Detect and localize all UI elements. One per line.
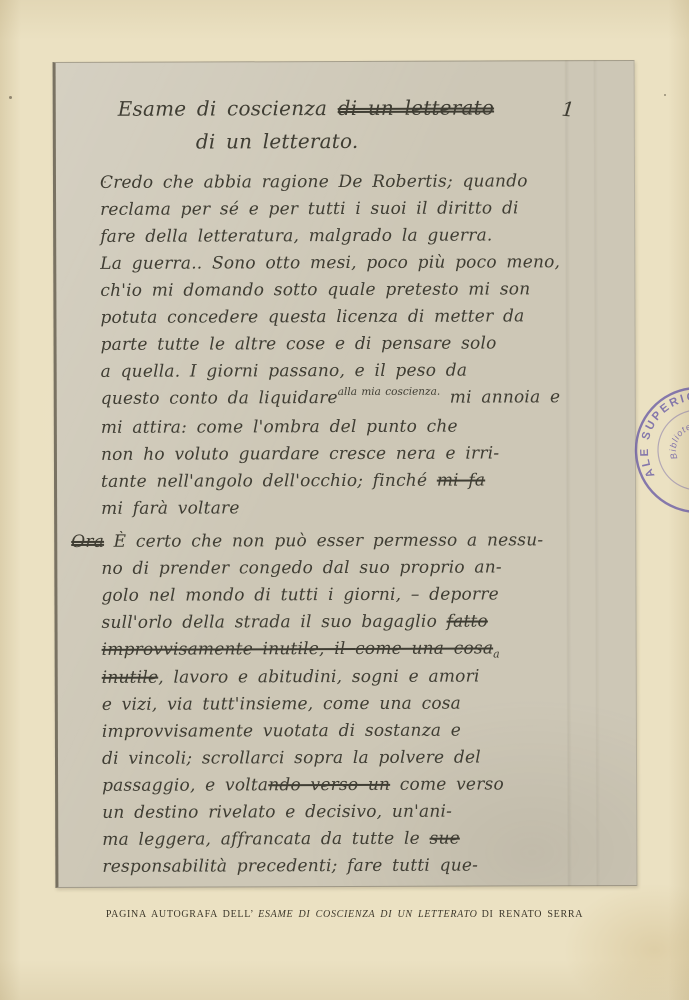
handwriting-text: sull'orlo della strada il suo bagaglio — [101, 612, 446, 633]
caption-work-title: ESAME DI COSCIENZA DI UN LETTERATO — [258, 909, 477, 920]
handwriting-text: e vizi, via tutt'insieme, come una cosa — [102, 694, 461, 715]
handwriting-text: a quella. I giorni passano, e il peso da — [101, 361, 468, 382]
handwriting-text: passaggio, e volta — [102, 775, 268, 796]
handwriting-text: , lavoro e abitudini, sogni e amori — [158, 667, 479, 688]
manuscript-line: un destino rivelato e decisivo, un'ani- — [102, 798, 612, 827]
handwriting-text: reclama per sé e per tutti i suoi il dir… — [100, 198, 519, 219]
caption-prefix: PAGINA AUTOGRAFA DELL’ — [106, 909, 254, 920]
manuscript-line: e vizi, via tutt'insieme, come una cosa — [102, 690, 612, 719]
manuscript-plate: Esame di coscienza di un letteratodi un … — [53, 60, 638, 888]
manuscript-line: mi farà voltare — [101, 494, 611, 523]
struck-text: mi fa — [437, 471, 485, 491]
manuscript-line: responsabilità precedenti; fare tutti qu… — [102, 852, 612, 881]
handwriting-text: di un letterato. — [196, 129, 359, 154]
manuscript-line: improvvisamente inutile, il come una cos… — [102, 635, 612, 665]
manuscript-line: tante nell'angolo dell'occhio; finché mi… — [101, 467, 611, 496]
manuscript-line: potuta concedere questa licenza di mette… — [100, 303, 610, 332]
struck-text: inutile — [102, 668, 159, 688]
manuscript-line: passaggio, e voltando verso un come vers… — [102, 771, 612, 800]
manuscript-line: Ora È certo che non può esser permesso a… — [71, 527, 611, 556]
handwriting-text: questo conto da liquidare — [101, 388, 338, 409]
manuscript-line: fare della letteratura, malgrado la guer… — [100, 222, 610, 251]
manuscript-paragraph: Credo che abbia ragione De Robertis; qua… — [100, 168, 611, 523]
paper-speck — [9, 96, 12, 99]
manuscript-paragraph: Ora È certo che non può esser permesso a… — [101, 527, 612, 881]
handwriting-text: di vincoli; scrollarci sopra la polvere … — [102, 748, 481, 769]
struck-text: come una cosa — [355, 638, 493, 658]
manuscript-line: a quella. I giorni passano, e il peso da — [101, 357, 611, 386]
struck-text: improvvisamente inutile, il — [102, 639, 356, 660]
manuscript-title: Esame di coscienza di un letteratodi un … — [100, 91, 610, 159]
handwriting-text: La guerra.. Sono otto mesi, poco più poc… — [100, 252, 560, 274]
handwriting-text: Credo che abbia ragione De Robertis; qua… — [100, 171, 528, 192]
manuscript-line: reclama per sé e per tutti i suoi il dir… — [100, 195, 610, 224]
handwriting-text: a — [493, 647, 500, 660]
struck-text: ndo verso un — [268, 775, 390, 795]
manuscript-content: Esame di coscienza di un letteratodi un … — [100, 91, 613, 881]
handwriting-text: ma leggera, affrancata da tutte le — [102, 829, 429, 850]
handwriting-text: mi annoia e — [440, 387, 560, 407]
handwriting-text: come verso — [390, 774, 504, 794]
manuscript-line: improvvisamente vuotata di sostanza e — [102, 717, 612, 746]
manuscript-line: La guerra.. Sono otto mesi, poco più poc… — [100, 249, 610, 278]
library-stamp-icon: ALE SUPERIORE Biblioteca — [590, 365, 689, 545]
paper-speck — [104, 181, 106, 183]
manuscript-line: ch'io mi domando sotto quale pretesto mi… — [100, 276, 610, 305]
manuscript-line: ma leggera, affrancata da tutte le sue — [102, 825, 612, 854]
handwriting-text: fare della letteratura, malgrado la guer… — [100, 225, 492, 246]
handwriting-text: improvvisamente vuotata di sostanza e — [102, 721, 461, 742]
handwriting-text: un destino rivelato e decisivo, un'ani- — [102, 802, 452, 823]
handwriting-text: non ho voluto guardare cresce nera e irr… — [101, 443, 499, 464]
caption: PAGINA AUTOGRAFA DELL’ESAME DI COSCIENZA… — [0, 909, 689, 920]
handwriting-text: responsabilità precedenti; fare tutti qu… — [102, 856, 478, 877]
manuscript-line: non ho voluto guardare cresce nera e irr… — [101, 440, 611, 469]
handwriting-text: È certo che non può esser permesso a nes… — [104, 530, 543, 552]
handwriting-text: mi attira: come l'ombra del punto che — [101, 417, 458, 438]
manuscript-line: parte tutte le altre cose e di pensare s… — [101, 330, 611, 359]
handwriting-text: golo nel mondo di tutti i giorni, – depo… — [101, 584, 499, 605]
struck-text: fatto — [447, 612, 488, 632]
manuscript-line: golo nel mondo di tutti i giorni, – depo… — [101, 581, 611, 610]
handwriting-text: ch'io mi domando sotto quale pretesto mi… — [100, 279, 530, 301]
handwriting-text: no di prender congedo dal suo proprio an… — [101, 557, 502, 578]
handwriting-text: tante nell'angolo dell'occhio; finché — [101, 471, 437, 492]
manuscript-title-line: di un letterato. — [196, 124, 610, 158]
caption-suffix: DI RENATO SERRA — [482, 909, 584, 920]
manuscript-line: questo conto da liquidarealla mia coscie… — [101, 384, 611, 415]
handwriting-text: parte tutte le altre cose e di pensare s… — [101, 333, 497, 354]
handwriting-text: potuta concedere questa licenza di mette… — [100, 306, 524, 327]
manuscript-line: no di prender congedo dal suo proprio an… — [101, 554, 611, 583]
struck-text: Ora — [71, 532, 104, 552]
manuscript-line: Credo che abbia ragione De Robertis; qua… — [100, 168, 610, 197]
paper-speck — [664, 94, 666, 96]
manuscript-title-line: Esame di coscienza di un letterato — [118, 91, 610, 126]
manuscript-body: Credo che abbia ragione De Robertis; qua… — [100, 168, 612, 881]
struck-text: sue — [429, 829, 459, 849]
manuscript-line: di vincoli; scrollarci sopra la polvere … — [102, 744, 612, 773]
page-number: 1 — [561, 97, 576, 122]
manuscript-line: sull'orlo della strada il suo bagaglio f… — [101, 608, 611, 637]
manuscript-line: mi attira: come l'ombra del punto che — [101, 413, 611, 442]
struck-text: di un letterato — [338, 95, 494, 120]
handwriting-text: Esame di coscienza — [118, 96, 338, 121]
handwriting-text: mi farà voltare — [101, 498, 240, 518]
interline-insertion: alla mia coscienza. — [338, 386, 440, 398]
stamp-ring-text: ALE SUPERIORE — [616, 369, 689, 483]
manuscript-line: inutile, lavoro e abitudini, sogni e amo… — [102, 663, 612, 692]
book-page: Esame di coscienza di un letteratodi un … — [0, 0, 689, 1000]
